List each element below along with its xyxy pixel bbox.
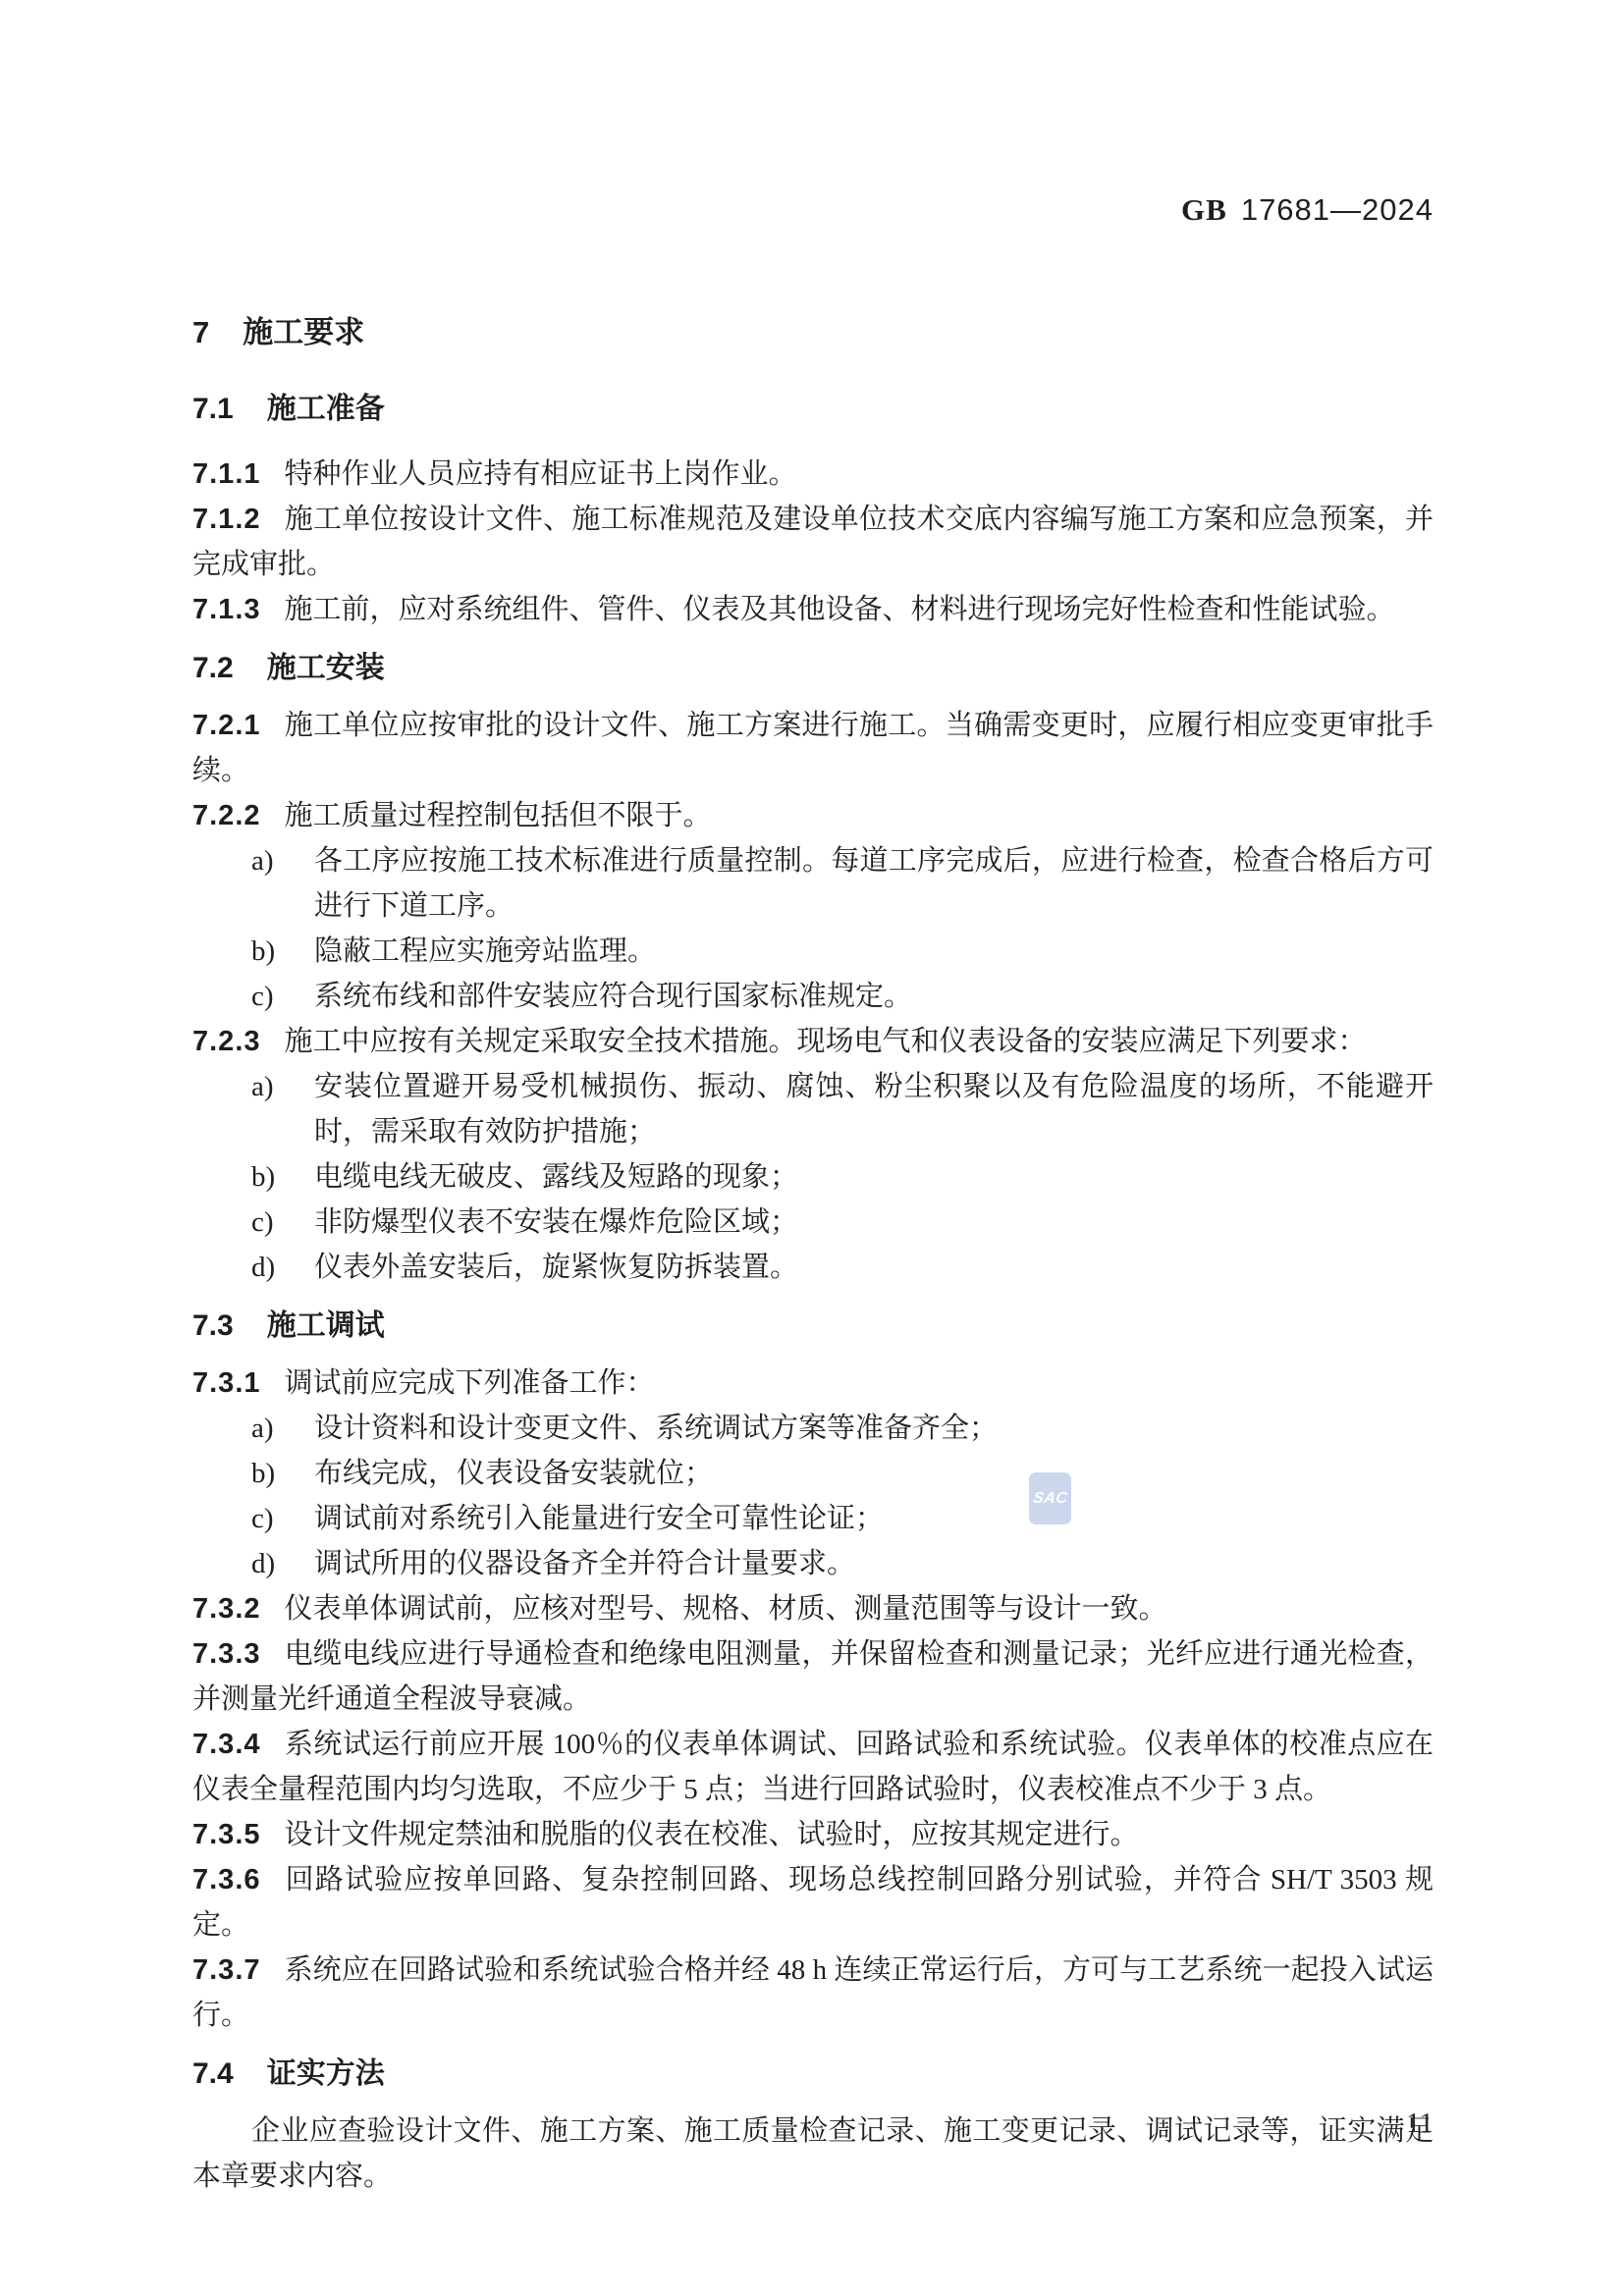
list-item-text: 安装位置避开易受机械损伤、振动、腐蚀、粉尘积聚以及有危险温度的场所，不能避开时，… [314,1071,1434,1148]
list-marker: a) [251,838,274,883]
section-heading-7-1: 7.1施工准备 [192,387,1434,432]
list-marker: b) [251,1154,275,1200]
section-number: 7.4 [192,2057,234,2090]
chapter-title: 施工要求 [243,315,364,349]
list-marker: a) [251,1064,274,1109]
clause-7-1-2: 7.1.2施工单位按设计文件、施工标准规范及建设单位技术交底内容编写施工方案和应… [192,497,1434,587]
list-item-text: 电缆电线无破皮、露线及短路的现象； [314,1161,798,1193]
clause-number: 7.3.4 [192,1729,261,1760]
clause-text: 系统试运行前应开展 100％的仪表单体调试、回路试验和系统试验。仪表单体的校准点… [192,1729,1434,1805]
clause-number: 7.3.6 [192,1864,261,1896]
clause-text: 施工质量过程控制包括但不限于。 [285,800,712,831]
clause-7-2-2: 7.2.2施工质量过程控制包括但不限于。 [192,793,1434,838]
clause-7-3-1-item-b: b)布线完成，仪表设备安装就位； [192,1451,1434,1496]
clause-number: 7.1.3 [192,594,261,625]
clause-text: 施工单位按设计文件、施工标准规范及建设单位技术交底内容编写施工方案和应急预案，并… [192,504,1434,580]
clause-number: 7.2.1 [192,710,261,741]
clause-7-2-3-item-c: c)非防爆型仪表不安装在爆炸危险区域； [192,1200,1434,1245]
clause-7-2-3: 7.2.3施工中应按有关规定采取安全技术措施。现场电气和仪表设备的安装应满足下列… [192,1019,1434,1064]
clause-number: 7.3.3 [192,1638,261,1670]
clause-7-3-6: 7.3.6回路试验应按单回路、复杂控制回路、现场总线控制回路分别试验，并符合 S… [192,1857,1434,1948]
section-title: 证实方法 [267,2057,385,2090]
document-page: GB17681—2024 7施工要求 7.1施工准备 7.1.1特种作业人员应持… [0,0,1624,2296]
list-marker: d) [251,1245,275,1290]
section-title: 施工准备 [267,393,385,425]
clause-7-3-3: 7.3.3电缆电线应进行导通检查和绝缘电阻测量，并保留检查和测量记录；光纤应进行… [192,1631,1434,1722]
list-marker: c) [251,1496,274,1541]
clause-7-3-1-item-a: a)设计资料和设计变更文件、系统调试方案等准备齐全； [192,1406,1434,1451]
list-item-text: 调试所用的仪器设备齐全并符合计量要求。 [314,1548,855,1579]
list-item-text: 仪表外盖安装后，旋紧恢复防拆装置。 [314,1252,798,1283]
clause-number: 7.3.1 [192,1367,261,1399]
clause-number: 7.3.7 [192,1954,261,1986]
clause-text: 设计文件规定禁油和脱脂的仪表在校准、试验时，应按其规定进行。 [285,1819,1139,1850]
clause-7-3-1: 7.3.1调试前应完成下列准备工作： [192,1361,1434,1406]
clause-text: 施工前，应对系统组件、管件、仪表及其他设备、材料进行现场完好性检查和性能试验。 [285,594,1395,625]
clause-7-2-3-item-b: b)电缆电线无破皮、露线及短路的现象； [192,1154,1434,1200]
list-marker: a) [251,1406,274,1451]
clause-text: 特种作业人员应持有相应证书上岗作业。 [285,458,797,490]
list-item-text: 设计资料和设计变更文件、系统调试方案等准备齐全； [314,1413,998,1444]
clause-text: 施工中应按有关规定采取安全技术措施。现场电气和仪表设备的安装应满足下列要求： [285,1026,1367,1057]
list-marker: c) [251,974,274,1019]
clause-7-3-1-item-c: c)调试前对系统引入能量进行安全可靠性论证； [192,1496,1434,1541]
standard-code-number: 17681—2024 [1241,192,1434,227]
list-marker: d) [251,1541,275,1586]
clause-number: 7.1.1 [192,458,261,490]
chapter-heading: 7施工要求 [192,310,1434,355]
section-number: 7.3 [192,1309,234,1342]
standard-code-header: GB17681—2024 [192,0,1434,228]
clause-7-1-1: 7.1.1特种作业人员应持有相应证书上岗作业。 [192,452,1434,497]
section-heading-7-4: 7.4证实方法 [192,2052,1434,2097]
chapter-number: 7 [192,315,209,349]
section-heading-7-2: 7.2施工安装 [192,646,1434,691]
clause-7-2-2-item-c: c)系统布线和部件安装应符合现行国家标准规定。 [192,974,1434,1019]
clause-7-2-3-item-d: d)仪表外盖安装后，旋紧恢复防拆装置。 [192,1245,1434,1290]
list-marker: b) [251,1451,275,1496]
page-content: GB17681—2024 7施工要求 7.1施工准备 7.1.1特种作业人员应持… [192,0,1434,2199]
list-item-text: 非防爆型仪表不安装在爆炸危险区域； [314,1206,798,1238]
clause-text: 仪表单体调试前，应核对型号、规格、材质、测量范围等与设计一致。 [285,1593,1167,1625]
clause-text: 回路试验应按单回路、复杂控制回路、现场总线控制回路分别试验，并符合 SH/T 3… [192,1864,1434,1941]
section-number: 7.2 [192,652,234,684]
standard-code-prefix: GB [1181,192,1227,227]
clause-text: 施工单位应按审批的设计文件、施工方案进行施工。当确需变更时，应履行相应变更审批手… [192,710,1434,786]
page-number: 11 [192,2107,1434,2140]
clause-7-3-7: 7.3.7系统应在回路试验和系统试验合格并经 48 h 连续正常运行后，方可与工… [192,1948,1434,2038]
section-title: 施工安装 [267,652,385,684]
clause-7-3-5: 7.3.5设计文件规定禁油和脱脂的仪表在校准、试验时，应按其规定进行。 [192,1812,1434,1857]
clause-7-2-2-item-a: a)各工序应按施工技术标准进行质量控制。每道工序完成后，应进行检查，检查合格后方… [192,838,1434,929]
clause-number: 7.2.3 [192,1026,261,1057]
clause-7-2-3-item-a: a)安装位置避开易受机械损伤、振动、腐蚀、粉尘积聚以及有危险温度的场所，不能避开… [192,1064,1434,1154]
list-item-text: 布线完成，仪表设备安装就位； [314,1458,713,1489]
clause-number: 7.2.2 [192,800,261,831]
clause-text: 电缆电线应进行导通检查和绝缘电阻测量，并保留检查和测量记录；光纤应进行通光检查，… [192,1638,1434,1715]
sac-watermark-logo: SAC [1029,1472,1071,1524]
list-item-text: 调试前对系统引入能量进行安全可靠性论证； [314,1503,884,1534]
clause-7-3-4: 7.3.4系统试运行前应开展 100％的仪表单体调试、回路试验和系统试验。仪表单… [192,1722,1434,1812]
list-item-text: 系统布线和部件安装应符合现行国家标准规定。 [314,981,912,1012]
list-marker: b) [251,929,275,974]
clause-text: 调试前应完成下列准备工作： [285,1367,655,1399]
list-item-text: 各工序应按施工技术标准进行质量控制。每道工序完成后，应进行检查，检查合格后方可进… [314,845,1434,922]
list-item-text: 隐蔽工程应实施旁站监理。 [314,935,656,967]
section-heading-7-3: 7.3施工调试 [192,1304,1434,1349]
sac-watermark-text: SAC [1032,1490,1069,1508]
clause-number: 7.1.2 [192,504,261,535]
clause-7-1-3: 7.1.3施工前，应对系统组件、管件、仪表及其他设备、材料进行现场完好性检查和性… [192,587,1434,632]
section-number: 7.1 [192,393,234,425]
list-marker: c) [251,1200,274,1245]
clause-7-3-1-item-d: d)调试所用的仪器设备齐全并符合计量要求。 [192,1541,1434,1586]
clause-7-2-1: 7.2.1施工单位应按审批的设计文件、施工方案进行施工。当确需变更时，应履行相应… [192,703,1434,793]
section-title: 施工调试 [267,1309,385,1342]
clause-number: 7.3.2 [192,1593,261,1625]
clause-7-3-2: 7.3.2仪表单体调试前，应核对型号、规格、材质、测量范围等与设计一致。 [192,1586,1434,1631]
clause-text: 系统应在回路试验和系统试验合格并经 48 h 连续正常运行后，方可与工艺系统一起… [192,1954,1434,2031]
clause-number: 7.3.5 [192,1819,261,1850]
clause-7-2-2-item-b: b)隐蔽工程应实施旁站监理。 [192,929,1434,974]
